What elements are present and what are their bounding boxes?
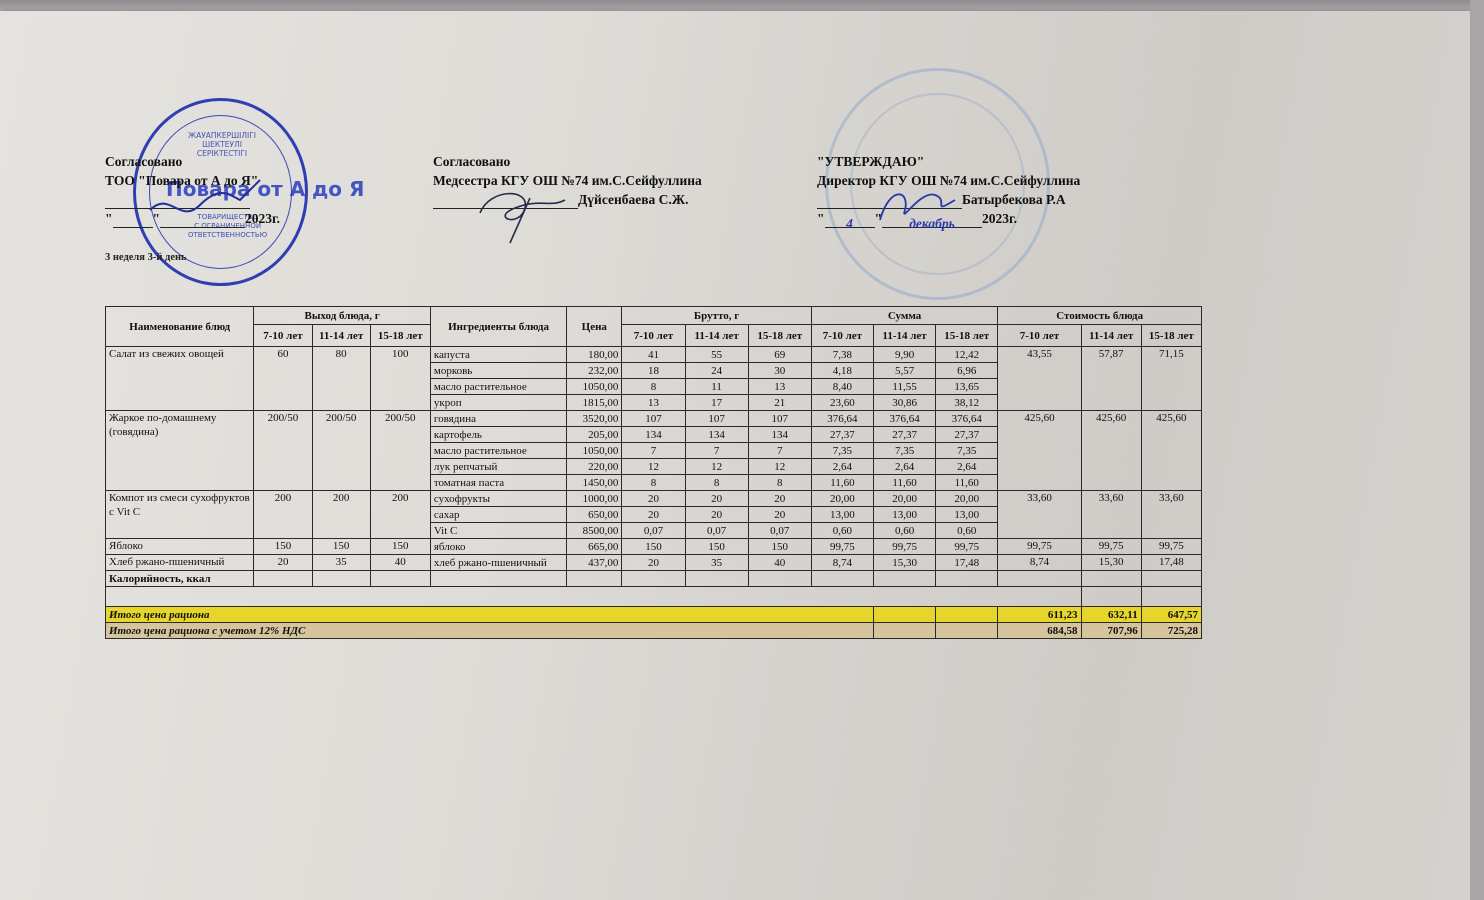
spacer-cell (1141, 587, 1201, 607)
table-row: Яблоко150150150яблоко665,0015015015099,7… (106, 539, 1202, 555)
ingredient-sum: 11,55 (873, 379, 935, 395)
ingredient-price: 1000,00 (567, 491, 622, 507)
dish-cost: 43,55 (998, 347, 1081, 411)
ingredient-name: лук репчатый (430, 459, 566, 475)
ingredient-brutto: 12 (622, 459, 685, 475)
dish-yield: 150 (312, 539, 370, 555)
ingredient-name: картофель (430, 427, 566, 443)
calories-cell (312, 571, 370, 587)
header-age-11-14 лет: 11-14 лет (873, 325, 935, 347)
ingredient-brutto: 7 (622, 443, 685, 459)
ingredient-sum: 27,37 (936, 427, 998, 443)
dish-cost: 33,60 (1081, 491, 1141, 539)
ingredient-brutto: 8 (622, 379, 685, 395)
menu-cost-table: Наименование блюд Выход блюда, г Ингреди… (105, 306, 1202, 639)
ingredient-price: 205,00 (567, 427, 622, 443)
header-price: Цена (567, 307, 622, 347)
approval-right-day: 4 (825, 214, 875, 228)
ingredient-sum: 27,37 (873, 427, 935, 443)
calories-cell (622, 571, 685, 587)
ingredient-name: сухофрукты (430, 491, 566, 507)
approval-left-org: ТОО "Повара от А до Я" (105, 171, 280, 190)
ingredient-brutto: 40 (748, 555, 811, 571)
dish-cost: 425,60 (1081, 411, 1141, 491)
ingredient-brutto: 30 (748, 363, 811, 379)
table-row: Салат из свежих овощей6080100капуста180,… (106, 347, 1202, 363)
ingredient-brutto: 69 (748, 347, 811, 363)
header-age-7-10 лет: 7-10 лет (998, 325, 1081, 347)
calories-cell (1081, 571, 1141, 587)
calories-cell (811, 571, 873, 587)
ingredient-sum: 2,64 (811, 459, 873, 475)
header-sum: Сумма (811, 307, 998, 325)
ingredient-sum: 6,96 (936, 363, 998, 379)
ingredient-price: 665,00 (567, 539, 622, 555)
approval-middle: Согласовано Медсестра КГУ ОШ №74 им.С.Се… (433, 152, 702, 209)
ingredient-sum: 2,64 (873, 459, 935, 475)
ingredient-brutto: 20 (685, 507, 748, 523)
ingredient-brutto: 0,07 (622, 523, 685, 539)
ingredient-brutto: 11 (685, 379, 748, 395)
ingredient-price: 1815,00 (567, 395, 622, 411)
ingredient-brutto: 20 (748, 507, 811, 523)
approval-right-role: Директор КГУ ОШ №74 им.С.Сейфуллина (817, 171, 1080, 190)
ingredient-sum: 20,00 (873, 491, 935, 507)
dish-yield: 20 (254, 555, 312, 571)
approval-right-title: "УТВЕРЖДАЮ" (817, 152, 1080, 171)
table-row: Хлеб ржано-пшеничный203540хлеб ржано-пше… (106, 555, 1202, 571)
dish-yield: 200/50 (254, 411, 312, 491)
dish-cost: 8,74 (998, 555, 1081, 571)
ingredient-brutto: 12 (685, 459, 748, 475)
calories-cell (873, 571, 935, 587)
approval-middle-role: Медсестра КГУ ОШ №74 им.С.Сейфуллина (433, 171, 702, 190)
ingredient-brutto: 150 (622, 539, 685, 555)
approval-right: "УТВЕРЖДАЮ" Директор КГУ ОШ №74 им.С.Сей… (817, 152, 1080, 228)
ingredient-name: укроп (430, 395, 566, 411)
spacer-cell (1081, 587, 1141, 607)
ingredient-name: капуста (430, 347, 566, 363)
total-empty (936, 607, 998, 623)
header-age-11-14 лет: 11-14 лет (312, 325, 370, 347)
dish-yield: 200/50 (370, 411, 430, 491)
dish-cost: 33,60 (1141, 491, 1201, 539)
dish-name: Яблоко (106, 539, 254, 555)
ingredient-brutto: 18 (622, 363, 685, 379)
header-cost: Стоимость блюда (998, 307, 1202, 325)
vat-value: 707,96 (1081, 623, 1141, 639)
background-edge (1470, 0, 1484, 900)
vat-empty (936, 623, 998, 639)
ingredient-sum: 13,65 (936, 379, 998, 395)
ingredient-sum: 13,00 (811, 507, 873, 523)
ingredient-brutto: 20 (748, 491, 811, 507)
ingredient-brutto: 7 (748, 443, 811, 459)
ingredient-brutto: 35 (685, 555, 748, 571)
ingredient-sum: 8,74 (811, 555, 873, 571)
ingredient-sum: 11,60 (873, 475, 935, 491)
ingredient-sum: 0,60 (873, 523, 935, 539)
dish-yield: 150 (254, 539, 312, 555)
table-row: Компот из смеси сухофруктов с Vit C20020… (106, 491, 1202, 507)
ingredient-price: 1050,00 (567, 443, 622, 459)
approval-left: Согласовано ТОО "Повара от А до Я" ""202… (105, 152, 280, 228)
approval-right-name: Батырбекова Р.А (962, 192, 1066, 207)
ingredient-sum: 11,60 (936, 475, 998, 491)
total-row: Итого цена рациона611,23632,11647,57 (106, 607, 1202, 623)
dish-name: Компот из смеси сухофруктов с Vit C (106, 491, 254, 539)
ingredient-sum: 99,75 (936, 539, 998, 555)
ingredient-sum: 4,18 (811, 363, 873, 379)
ingredient-brutto: 150 (685, 539, 748, 555)
dish-cost: 17,48 (1141, 555, 1201, 571)
ingredient-brutto: 134 (622, 427, 685, 443)
ingredient-sum: 8,40 (811, 379, 873, 395)
ingredient-price: 650,00 (567, 507, 622, 523)
ingredient-sum: 376,64 (811, 411, 873, 427)
dish-yield: 60 (254, 347, 312, 411)
dish-cost: 99,75 (1081, 539, 1141, 555)
ingredient-sum: 7,35 (936, 443, 998, 459)
ingredient-brutto: 12 (748, 459, 811, 475)
ingredient-sum: 7,35 (811, 443, 873, 459)
ingredient-sum: 0,60 (936, 523, 998, 539)
approval-middle-title: Согласовано (433, 152, 702, 171)
header-ingredients: Ингредиенты блюда (430, 307, 566, 347)
ingredient-brutto: 8 (748, 475, 811, 491)
ingredient-name: томатная паста (430, 475, 566, 491)
dish-yield: 40 (370, 555, 430, 571)
ingredient-name: сахар (430, 507, 566, 523)
ingredient-price: 220,00 (567, 459, 622, 475)
ingredient-name: говядина (430, 411, 566, 427)
header-age-7-10 лет: 7-10 лет (254, 325, 312, 347)
ingredient-brutto: 107 (622, 411, 685, 427)
ingredient-name: яблоко (430, 539, 566, 555)
ingredient-sum: 17,48 (936, 555, 998, 571)
ingredient-sum: 15,30 (873, 555, 935, 571)
dish-yield: 200 (254, 491, 312, 539)
ingredient-brutto: 20 (685, 491, 748, 507)
ingredient-brutto: 41 (622, 347, 685, 363)
dish-yield: 35 (312, 555, 370, 571)
dish-yield: 200 (312, 491, 370, 539)
vat-row: Итого цена рациона с учетом 12% НДС684,5… (106, 623, 1202, 639)
ingredient-brutto: 107 (685, 411, 748, 427)
dish-name: Жаркое по-домашнему (говядина) (106, 411, 254, 491)
spacer-cell (106, 587, 1082, 607)
ingredient-sum: 23,60 (811, 395, 873, 411)
ingredient-name: морковь (430, 363, 566, 379)
total-label: Итого цена рациона (106, 607, 874, 623)
ingredient-sum: 9,90 (873, 347, 935, 363)
header-age-15-18 лет: 15-18 лет (936, 325, 998, 347)
vat-value: 684,58 (998, 623, 1081, 639)
ingredient-sum: 12,42 (936, 347, 998, 363)
total-value: 647,57 (1141, 607, 1201, 623)
ingredient-name: хлеб ржано-пшеничный (430, 555, 566, 571)
dish-yield: 80 (312, 347, 370, 411)
header-age-15-18 лет: 15-18 лет (370, 325, 430, 347)
dish-yield: 200 (370, 491, 430, 539)
ingredient-price: 437,00 (567, 555, 622, 571)
header-brutto: Брутто, г (622, 307, 811, 325)
ingredient-brutto: 20 (622, 507, 685, 523)
ingredient-price: 8500,00 (567, 523, 622, 539)
dish-cost: 425,60 (1141, 411, 1201, 491)
ingredient-brutto: 0,07 (748, 523, 811, 539)
approval-left-title: Согласовано (105, 152, 280, 171)
calories-cell (430, 571, 566, 587)
ingredient-brutto: 8 (685, 475, 748, 491)
dish-cost: 71,15 (1141, 347, 1201, 411)
ingredient-brutto: 20 (622, 491, 685, 507)
approval-middle-name: Дүйсенбаева С.Ж. (578, 192, 689, 207)
header-age-15-18 лет: 15-18 лет (748, 325, 811, 347)
dish-cost: 425,60 (998, 411, 1081, 491)
table-row: Жаркое по-домашнему (говядина)200/50200/… (106, 411, 1202, 427)
ingredient-name: масло растительное (430, 443, 566, 459)
calories-cell (254, 571, 312, 587)
header-age-11-14 лет: 11-14 лет (685, 325, 748, 347)
ingredient-sum: 0,60 (811, 523, 873, 539)
calories-cell (998, 571, 1081, 587)
ingredient-price: 1450,00 (567, 475, 622, 491)
ingredient-sum: 27,37 (811, 427, 873, 443)
dish-yield: 150 (370, 539, 430, 555)
calories-cell (748, 571, 811, 587)
approval-left-date: 2023г. (245, 211, 280, 226)
ingredient-sum: 20,00 (811, 491, 873, 507)
ingredient-brutto: 150 (748, 539, 811, 555)
ingredient-sum: 30,86 (873, 395, 935, 411)
ingredient-sum: 13,00 (873, 507, 935, 523)
dish-cost: 15,30 (1081, 555, 1141, 571)
ingredient-sum: 20,00 (936, 491, 998, 507)
dish-name: Хлеб ржано-пшеничный (106, 555, 254, 571)
ingredient-sum: 7,38 (811, 347, 873, 363)
total-empty (873, 607, 935, 623)
calories-cell (936, 571, 998, 587)
calories-cell (567, 571, 622, 587)
header-dish-name: Наименование блюд (106, 307, 254, 347)
dish-cost: 57,87 (1081, 347, 1141, 411)
ingredient-brutto: 24 (685, 363, 748, 379)
ingredient-price: 180,00 (567, 347, 622, 363)
ingredient-brutto: 55 (685, 347, 748, 363)
header-yield: Выход блюда, г (254, 307, 430, 325)
dish-yield: 200/50 (312, 411, 370, 491)
ingredient-brutto: 7 (685, 443, 748, 459)
ingredient-brutto: 107 (748, 411, 811, 427)
ingredient-brutto: 8 (622, 475, 685, 491)
ingredient-brutto: 21 (748, 395, 811, 411)
ingredient-sum: 376,64 (936, 411, 998, 427)
dish-cost: 99,75 (1141, 539, 1201, 555)
ingredient-brutto: 17 (685, 395, 748, 411)
ingredient-name: масло растительное (430, 379, 566, 395)
ingredient-brutto: 13 (748, 379, 811, 395)
calories-row: Калорийность, ккал (106, 571, 1202, 587)
ingredient-sum: 5,57 (873, 363, 935, 379)
spacer-row (106, 587, 1202, 607)
ingredient-sum: 7,35 (873, 443, 935, 459)
ingredient-sum: 2,64 (936, 459, 998, 475)
dish-yield: 100 (370, 347, 430, 411)
total-value: 632,11 (1081, 607, 1141, 623)
ingredient-sum: 99,75 (811, 539, 873, 555)
ingredient-sum: 376,64 (873, 411, 935, 427)
ingredient-sum: 38,12 (936, 395, 998, 411)
header-age-7-10 лет: 7-10 лет (622, 325, 685, 347)
calories-cell (370, 571, 430, 587)
dish-name: Салат из свежих овощей (106, 347, 254, 411)
header-age-15-18 лет: 15-18 лет (1141, 325, 1201, 347)
vat-value: 725,28 (1141, 623, 1201, 639)
ingredient-name: Vit C (430, 523, 566, 539)
ingredient-price: 3520,00 (567, 411, 622, 427)
vat-empty (873, 623, 935, 639)
ingredient-sum: 11,60 (811, 475, 873, 491)
total-value: 611,23 (998, 607, 1081, 623)
ingredient-brutto: 20 (622, 555, 685, 571)
week-label: 3 неделя 3-й день (105, 252, 187, 263)
header-age-7-10 лет: 7-10 лет (811, 325, 873, 347)
ingredient-brutto: 13 (622, 395, 685, 411)
calories-label: Калорийность, ккал (106, 571, 254, 587)
ingredient-sum: 13,00 (936, 507, 998, 523)
ingredient-sum: 99,75 (873, 539, 935, 555)
ingredient-price: 232,00 (567, 363, 622, 379)
vat-label: Итого цена рациона с учетом 12% НДС (106, 623, 874, 639)
approval-right-year: 2023г. (982, 211, 1017, 226)
calories-cell (1141, 571, 1201, 587)
ingredient-brutto: 134 (748, 427, 811, 443)
ingredient-brutto: 134 (685, 427, 748, 443)
dish-cost: 33,60 (998, 491, 1081, 539)
approval-right-month: декабрь (882, 214, 982, 228)
header-age-11-14 лет: 11-14 лет (1081, 325, 1141, 347)
ingredient-brutto: 0,07 (685, 523, 748, 539)
dish-cost: 99,75 (998, 539, 1081, 555)
calories-cell (685, 571, 748, 587)
ingredient-price: 1050,00 (567, 379, 622, 395)
